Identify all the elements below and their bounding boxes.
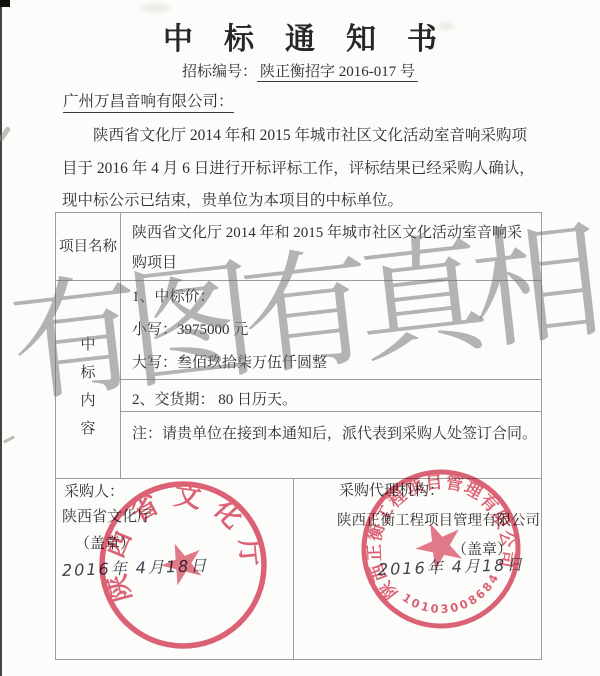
bid-number-value: 陕正衡招字 2016-017 号 — [257, 64, 418, 82]
delivery-period: 2、交货期： 80 日历天。 — [132, 385, 532, 415]
agency-seal-stamp: 陕西正衡工程项目管理有限公司 6101030086845 — [358, 466, 524, 632]
scan-smudge — [140, 4, 170, 12]
bid-price-title: 1、中标价： — [132, 281, 532, 314]
recipient-company: 广州万昌音响有限公司： — [63, 89, 234, 113]
bid-number-line: 招标编号：陕正衡招字 2016-017 号 — [0, 60, 600, 81]
seal-star-icon — [408, 514, 470, 575]
seal-star-icon — [155, 536, 209, 589]
svg-text:陕西省文化厅: 陕西省文化厅 — [96, 478, 270, 606]
scan-scratch — [3, 435, 15, 443]
project-name-value: 陕西省文化厅 2014 年和 2015 年城市社区文化活动室音响采购项目 — [132, 218, 532, 278]
bid-price-digits: 小写：3975000 元 — [132, 314, 532, 347]
table-line — [293, 478, 294, 659]
body-line-2: 目于 2016 年 4 月 6 日进行开标评标工作，评标结果已经采购人确认， — [62, 153, 544, 186]
table-line — [120, 213, 121, 478]
page-title: 中标通知书 — [0, 14, 600, 58]
seal-arc-text: 陕西省文化厅 — [96, 478, 270, 606]
notice-body: 陕西省文化厅 2014 年和 2015 年城市社区文化活动室音响采购项 目于 2… — [62, 120, 544, 218]
contract-note: 注：请贵单位在接到本通知后，派代表到采购人处签订合同。 — [132, 419, 537, 449]
scan-edge-artifact — [0, 0, 2, 676]
bid-price-words: 大写：叁佰玖拾柒万伍仟圆整 — [132, 347, 532, 380]
bid-price-block: 1、中标价： 小写：3975000 元 大写：叁佰玖拾柒万伍仟圆整 — [132, 281, 532, 380]
bid-content-label: 中标内容 — [56, 331, 120, 443]
body-line-1: 陕西省文化厅 2014 年和 2015 年城市社区文化活动室音响采购项 — [62, 120, 544, 153]
bid-number-label: 招标编号： — [182, 64, 257, 80]
scan-corner-artifact — [0, 0, 10, 7]
purchaser-seal-stamp: 陕西省文化厅 — [96, 478, 270, 652]
project-name-label: 项目名称 — [56, 232, 120, 262]
